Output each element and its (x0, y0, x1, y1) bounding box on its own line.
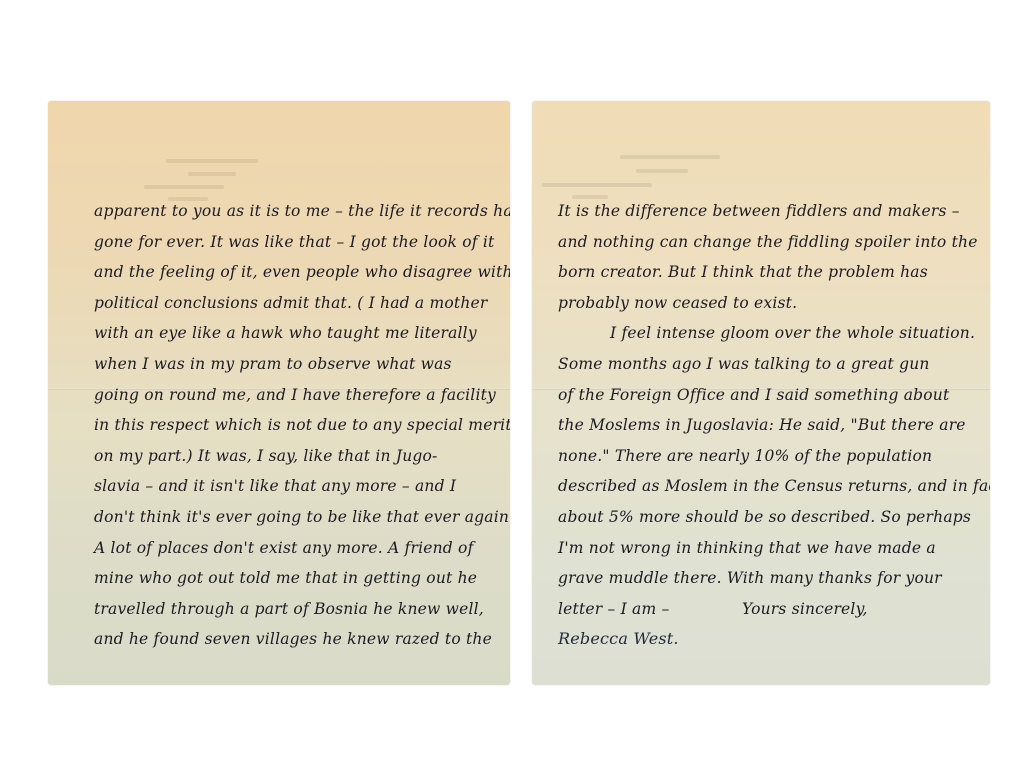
signature: Rebecca West. (532, 624, 990, 655)
text-line: political conclusions admit that. ( I ha… (48, 288, 510, 319)
text-line: when I was in my pram to observe what wa… (48, 349, 510, 380)
text-line: and nothing can change the fiddling spoi… (532, 227, 990, 258)
text-line: It is the difference between fiddlers an… (532, 196, 990, 227)
text-line: the Moslems in Jugoslavia: He said, "But… (532, 410, 990, 441)
text-line: in this respect which is not due to any … (48, 410, 510, 441)
text-line: and he found seven villages he knew raze… (48, 624, 510, 655)
letterhead-bleedthrough (48, 101, 510, 201)
text-line: on my part.) It was, I say, like that in… (48, 441, 510, 472)
text-line: of the Foreign Office and I said somethi… (532, 380, 990, 411)
text-line: A lot of places don't exist any more. A … (48, 533, 510, 564)
text-line: apparent to you as it is to me – the lif… (48, 196, 510, 227)
text-line: about 5% more should be so described. So… (532, 502, 990, 533)
text-line: Some months ago I was talking to a great… (532, 349, 990, 380)
text-line: don't think it's ever going to be like t… (48, 502, 510, 533)
text-line: none." There are nearly 10% of the popul… (532, 441, 990, 472)
text-line-paragraph-start: I feel intense gloom over the whole situ… (532, 318, 990, 349)
text-line: grave muddle there. With many thanks for… (532, 563, 990, 594)
closing-salutation: Yours sincerely, (742, 594, 868, 625)
text-line: described as Moslem in the Census return… (532, 471, 990, 502)
text-line: I'm not wrong in thinking that we have m… (532, 533, 990, 564)
text-line: going on round me, and I have therefore … (48, 380, 510, 411)
text-line: mine who got out told me that in getting… (48, 563, 510, 594)
letter-page-left: apparent to you as it is to me – the lif… (48, 101, 510, 685)
text-line: probably now ceased to exist. (532, 288, 990, 319)
text-line: and the feeling of it, even people who d… (48, 257, 510, 288)
letter-body-right: It is the difference between fiddlers an… (532, 196, 990, 655)
final-line: letter – I am – (558, 600, 669, 618)
text-line: travelled through a part of Bosnia he kn… (48, 594, 510, 625)
text-line: gone for ever. It was like that – I got … (48, 227, 510, 258)
letter-body-left: apparent to you as it is to me – the lif… (48, 196, 510, 655)
text-line: slavia – and it isn't like that any more… (48, 471, 510, 502)
letterhead-bleedthrough (532, 101, 990, 201)
signoff-row: letter – I am – Yours sincerely, (532, 594, 990, 625)
text-line: born creator. But I think that the probl… (532, 257, 990, 288)
text-line: with an eye like a hawk who taught me li… (48, 318, 510, 349)
letter-page-right: It is the difference between fiddlers an… (532, 101, 990, 685)
